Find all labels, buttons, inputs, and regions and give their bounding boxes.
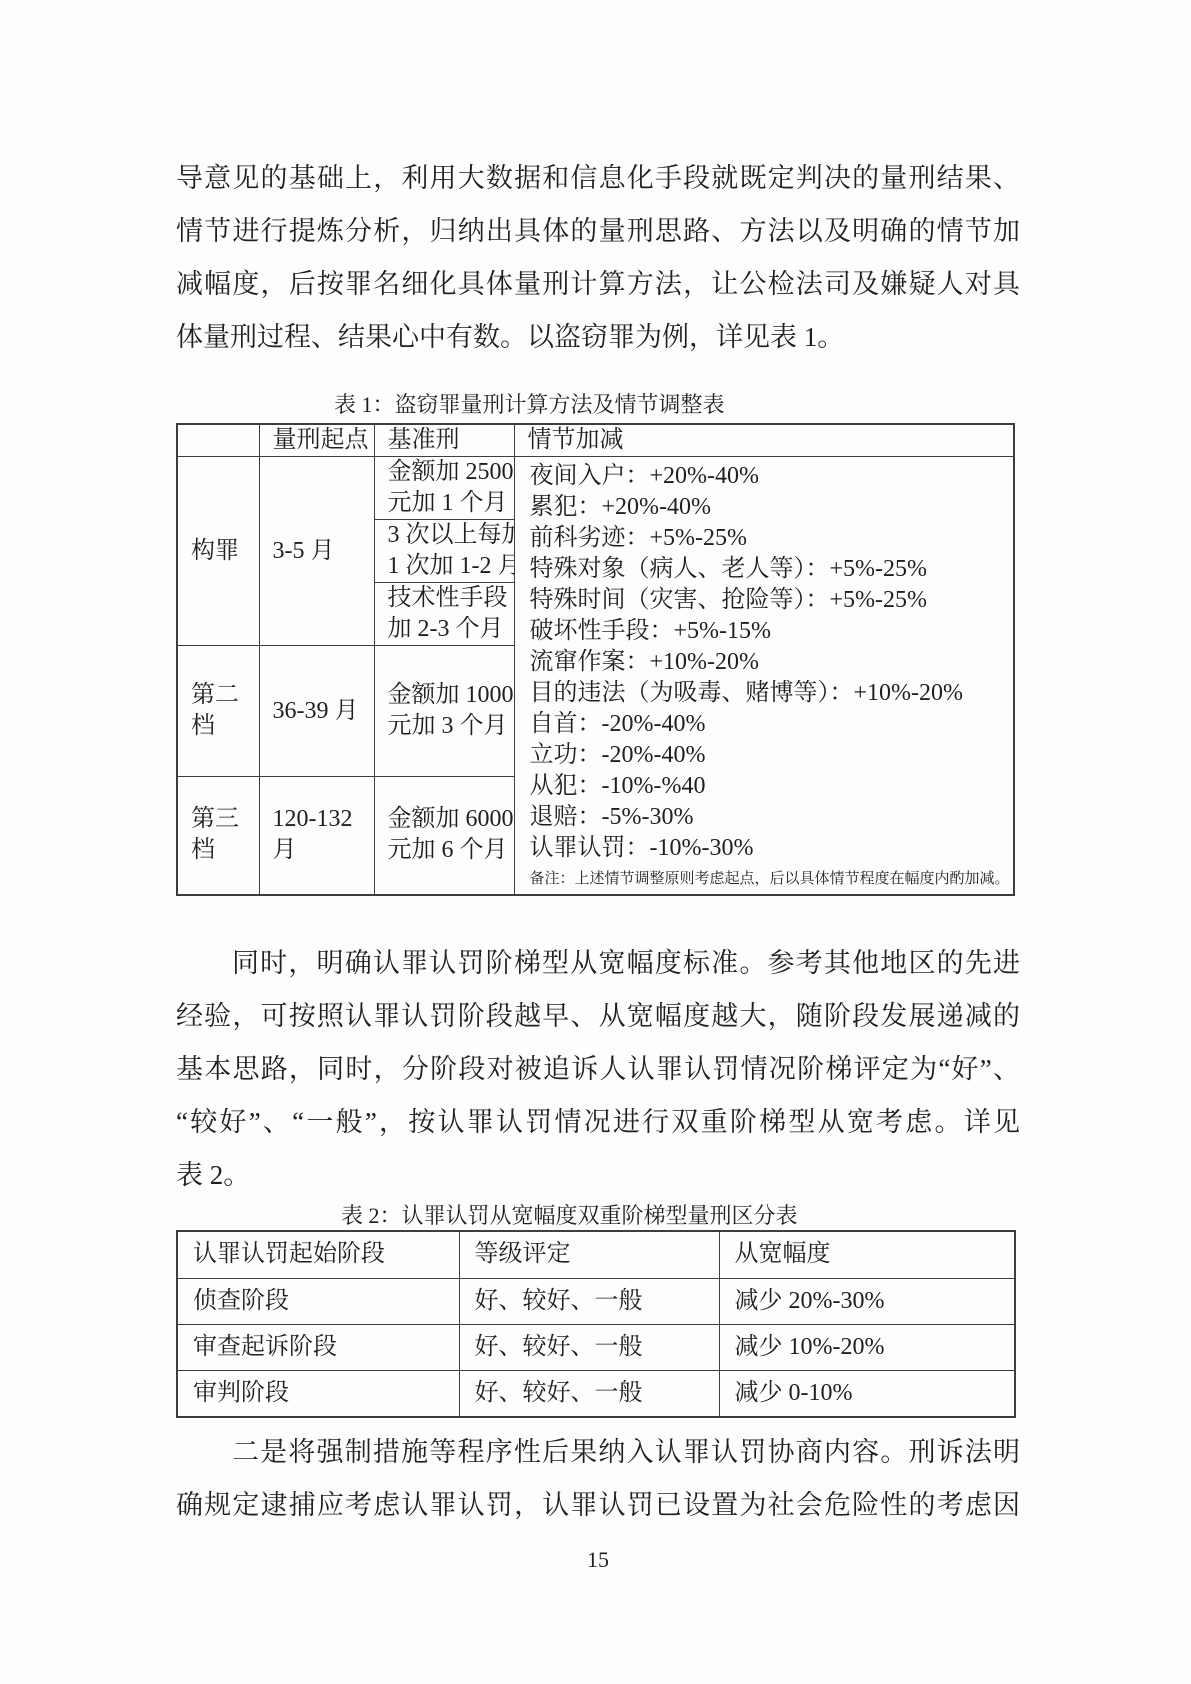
text-line: 导意见的基础上，利用大数据和信息化手段就既定判决的量刑结果、 xyxy=(176,152,1020,205)
text-line: 表 2。 xyxy=(176,1149,1020,1202)
text-line: 体量刑过程、结果心中有数。以盗窃罪为例，详见表 1。 xyxy=(176,311,1020,364)
starting-range-cell: 120-132 月 xyxy=(259,777,374,895)
theft-sentencing-table: 量刑起点 基准刑 情节加减 构罪 3-5 月 金额加 2500 元加 1 个月 … xyxy=(176,423,1015,896)
text-line: 经验，可按照认罪认罚阶段越早、从宽幅度越大，随阶段发展递减的 xyxy=(176,990,1020,1043)
page-number: 15 xyxy=(176,1546,1020,1574)
table-row: 侦查阶段 好、较好、一般 减少 20%-30% xyxy=(177,1279,1015,1325)
text-line: 基本思路，同时，分阶段对被追诉人认罪认罚情况阶梯评定为“好”、 xyxy=(176,1043,1020,1096)
table-header-cell-base-penalty: 基准刑 xyxy=(374,424,514,457)
stage-cell: 审查起诉阶段 xyxy=(177,1325,459,1371)
range-cell: 减少 20%-30% xyxy=(719,1279,1015,1325)
circumstance-item: 退赔：-5%-30% xyxy=(530,802,1006,833)
table-row: 审判阶段 好、较好、一般 减少 0-10% xyxy=(177,1371,1015,1417)
table-header-cell-range: 从宽幅度 xyxy=(719,1231,1015,1279)
base-penalty-cell: 技术性手段 加 2-3 个月 xyxy=(374,583,514,646)
tier-label-cell: 第二档 xyxy=(177,646,259,777)
text-line: 二是将强制措施等程序性后果纳入认罪认罚协商内容。刑诉法明 xyxy=(176,1426,1020,1479)
circumstance-item: 特殊对象（病人、老人等）：+5%-25% xyxy=(530,554,1006,585)
paragraph-3: 二是将强制措施等程序性后果纳入认罪认罚协商内容。刑诉法明 确规定逮捕应考虑认罪认… xyxy=(176,1426,1020,1532)
table-row: 审查起诉阶段 好、较好、一般 减少 10%-20% xyxy=(177,1325,1015,1371)
table-header-cell-grade: 等级评定 xyxy=(459,1231,719,1279)
table-header-row: 认罪认罚起始阶段 等级评定 从宽幅度 xyxy=(177,1231,1015,1279)
range-cell: 减少 0-10% xyxy=(719,1371,1015,1417)
table2-caption: 表 2：认罪认罚从宽幅度双重阶梯型量刑区分表 xyxy=(176,1202,1020,1230)
table-header-cell-starting-point: 量刑起点 xyxy=(259,424,374,457)
circumstance-item: 自首：-20%-40% xyxy=(530,709,1006,740)
circumstances-cell: 夜间入户：+20%-40% 累犯：+20%-40% 前科劣迹：+5%-25% 特… xyxy=(514,457,1014,895)
stage-cell: 审判阶段 xyxy=(177,1371,459,1417)
base-penalty-cell: 3 次以上每加 1 次加 1-2 月 xyxy=(374,520,514,583)
table-header-row: 量刑起点 基准刑 情节加减 xyxy=(177,424,1014,457)
document-page: 导意见的基础上，利用大数据和信息化手段就既定判决的量刑结果、 情节进行提炼分析，… xyxy=(0,0,1191,1684)
circumstance-item: 破坏性手段：+5%-15% xyxy=(530,616,1006,647)
circumstance-item: 目的违法（为吸毒、赌博等）：+10%-20% xyxy=(530,678,1006,709)
page-content: 导意见的基础上，利用大数据和信息化手段就既定判决的量刑结果、 情节进行提炼分析，… xyxy=(176,0,1020,1574)
text-line: “较好”、“一般”，按认罪认罚情况进行双重阶梯型从宽考虑。详见 xyxy=(176,1096,1020,1149)
range-cell: 减少 10%-20% xyxy=(719,1325,1015,1371)
circumstance-item: 认罪认罚：-10%-30% xyxy=(530,833,1006,864)
paragraph-2: 同时，明确认罪认罚阶梯型从宽幅度标准。参考其他地区的先进 经验，可按照认罪认罚阶… xyxy=(176,937,1020,1202)
text-line: 确规定逮捕应考虑认罪认罚，认罪认罚已设置为社会危险性的考虑因 xyxy=(176,1479,1020,1532)
tier-label-cell: 第三档 xyxy=(177,777,259,895)
text-line: 情节进行提炼分析，归纳出具体的量刑思路、方法以及明确的情节加 xyxy=(176,205,1020,258)
text-line: 减幅度，后按罪名细化具体量刑计算方法，让公检法司及嫌疑人对具 xyxy=(176,258,1020,311)
grade-cell: 好、较好、一般 xyxy=(459,1325,719,1371)
table-header-cell-stage: 认罪认罚起始阶段 xyxy=(177,1231,459,1279)
circumstance-item: 累犯：+20%-40% xyxy=(530,492,1006,523)
leniency-ladder-table: 认罪认罚起始阶段 等级评定 从宽幅度 侦查阶段 好、较好、一般 减少 20%-3… xyxy=(176,1230,1016,1418)
base-penalty-cell: 金额加 2500 元加 1 个月 xyxy=(374,457,514,520)
table1-caption: 表 1：盗窃罪量刑计算方法及情节调整表 xyxy=(176,390,1020,420)
circumstance-item: 前科劣迹：+5%-25% xyxy=(530,523,1006,554)
table-header-cell-blank xyxy=(177,424,259,457)
table-row: 构罪 3-5 月 金额加 2500 元加 1 个月 夜间入户：+20%-40% … xyxy=(177,457,1014,520)
table-header-cell-circumstances: 情节加减 xyxy=(514,424,1014,457)
circumstance-item: 特殊时间（灾害、抢险等）：+5%-25% xyxy=(530,585,1006,616)
grade-cell: 好、较好、一般 xyxy=(459,1279,719,1325)
text-line: 同时，明确认罪认罚阶梯型从宽幅度标准。参考其他地区的先进 xyxy=(176,937,1020,990)
stage-cell: 侦查阶段 xyxy=(177,1279,459,1325)
grade-cell: 好、较好、一般 xyxy=(459,1371,719,1417)
tier-label-cell: 构罪 xyxy=(177,457,259,646)
circumstance-item: 流窜作案：+10%-20% xyxy=(530,647,1006,678)
base-penalty-cell: 金额加 60000 元加 6 个月 xyxy=(374,777,514,895)
starting-range-cell: 3-5 月 xyxy=(259,457,374,646)
circumstance-item: 夜间入户：+20%-40% xyxy=(530,461,1006,492)
circumstance-item: 从犯：-10%-%40 xyxy=(530,771,1006,802)
paragraph-1: 导意见的基础上，利用大数据和信息化手段就既定判决的量刑结果、 情节进行提炼分析，… xyxy=(176,152,1020,364)
table-note: 备注：上述情节调整原则考虑起点，后以具体情节程度在幅度内酌加减。 xyxy=(530,868,1006,890)
base-penalty-cell: 金额加 10000 元加 3 个月 xyxy=(374,646,514,777)
starting-range-cell: 36-39 月 xyxy=(259,646,374,777)
circumstance-item: 立功：-20%-40% xyxy=(530,740,1006,771)
